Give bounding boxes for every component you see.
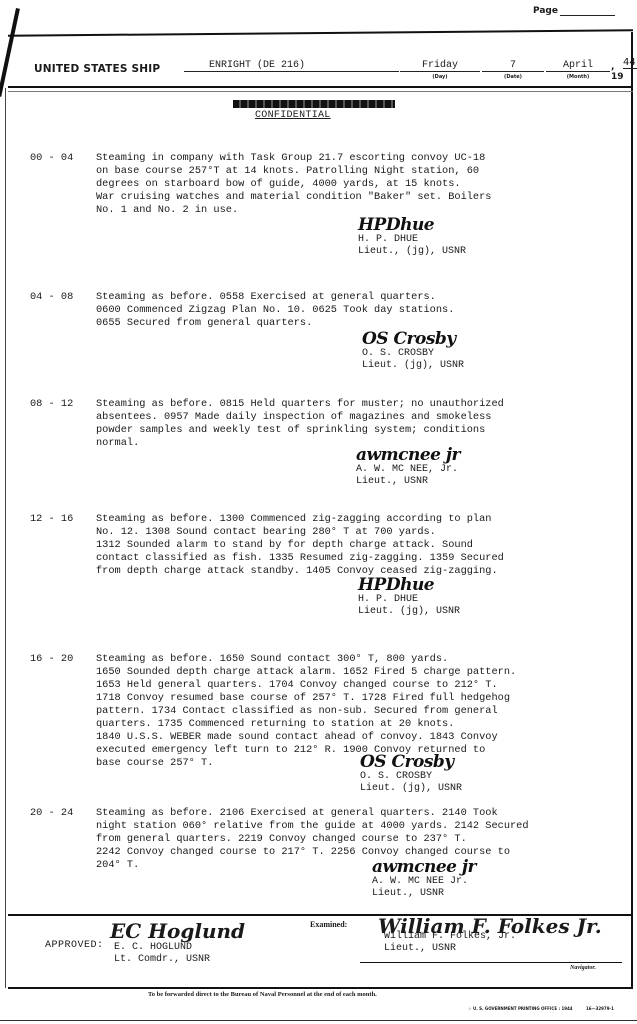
examined-signature: William F. Folkes Jr. William F. Folkes,… xyxy=(378,915,602,955)
watch-period: 12 - 16 xyxy=(30,513,92,526)
month-caption: (Month) xyxy=(546,74,610,80)
entry-text: Steaming as before. 2106 Exercised at ge… xyxy=(96,807,637,872)
year-field: 44 xyxy=(623,57,637,69)
signature-scrawl: awmcnee jr xyxy=(356,446,460,464)
watch-period: 08 - 12 xyxy=(30,398,92,411)
forwarding-instruction: To be forwarded direct to the Bureau of … xyxy=(148,991,377,998)
signer-name: H. P. DHUE xyxy=(358,594,460,606)
signer-name: H. P. DHUE xyxy=(358,234,466,246)
officer-signature: awmcnee jr A. W. MC NEE, Jr. Lieut., USN… xyxy=(356,446,460,488)
signer-name: O. S. CROSBY xyxy=(362,348,464,360)
entry-text: Steaming as before. 1300 Commenced zig-z… xyxy=(96,513,637,578)
header-rule xyxy=(8,86,633,88)
frame-left-rule xyxy=(5,88,6,988)
binding-mark xyxy=(0,8,20,97)
page-bottom-rule xyxy=(0,1020,637,1021)
navigator-label: Navigator. xyxy=(570,965,596,971)
frame-top-rule xyxy=(8,29,633,36)
signer-rank: Lieut. (jg), USNR xyxy=(362,360,464,372)
form-number: 16—32979-1 xyxy=(586,1006,614,1011)
officer-signature: OS Crosby O. S. CROSBY Lieut. (jg), USNR xyxy=(362,330,464,372)
signer-rank: Lieut., USNR xyxy=(372,888,476,900)
signature-scrawl: OS Crosby xyxy=(362,330,464,348)
day-field: Friday xyxy=(400,60,480,72)
officer-signature: HPDhue H. P. DHUE Lieut., (jg), USNR xyxy=(358,216,466,258)
date-caption: (Date) xyxy=(482,74,544,80)
month-field: April xyxy=(546,60,610,72)
approved-signature: EC Hoglund E. C. HOGLUND Lt. Comdr., USN… xyxy=(110,920,245,966)
officer-signature: OS Crosby O. S. CROSBY Lieut. (jg), USNR xyxy=(360,753,462,795)
entry-text: Steaming as before. 0815 Held quarters f… xyxy=(96,398,637,450)
watch-period: 00 - 04 xyxy=(30,152,92,165)
approved-scrawl: EC Hoglund xyxy=(110,920,245,942)
page-number-field xyxy=(560,6,615,16)
officer-signature: HPDhue H. P. DHUE Lieut. (jg), USNR xyxy=(358,576,460,618)
header-rule-thin xyxy=(8,91,633,92)
signature-scrawl: OS Crosby xyxy=(360,753,462,771)
examined-rank: Lieut., USNR xyxy=(378,943,602,955)
signature-scrawl: HPDhue xyxy=(358,216,466,234)
approved-name: E. C. HOGLUND xyxy=(110,942,245,954)
watch-period: 20 - 24 xyxy=(30,807,92,820)
printing-office-note: ☆ U. S. GOVERNMENT PRINTING OFFICE : 194… xyxy=(468,1006,573,1011)
signer-rank: Lieut., (jg), USNR xyxy=(358,246,466,258)
footer-rule-bottom xyxy=(8,987,633,989)
signer-rank: Lieut. (jg), USNR xyxy=(360,783,462,795)
classification-text: CONFIDENTIAL xyxy=(255,110,331,121)
signature-scrawl: awmcnee jr xyxy=(372,858,476,876)
signer-rank: Lieut. (jg), USNR xyxy=(358,606,460,618)
signer-name: O. S. CROSBY xyxy=(360,771,462,783)
examined-label: Examined: xyxy=(310,920,347,929)
page-label: Page xyxy=(533,6,558,16)
watch-period: 16 - 20 xyxy=(30,653,92,666)
signer-name: A. W. MC NEE, Jr. xyxy=(356,464,460,476)
entry-text: Steaming as before. 0558 Exercised at ge… xyxy=(96,291,637,330)
signature-scrawl: HPDhue xyxy=(358,576,460,594)
date-field: 7 xyxy=(482,60,544,72)
signer-rank: Lieut., USNR xyxy=(356,476,460,488)
approved-rank: Lt. Comdr., USNR xyxy=(110,954,245,966)
entry-text: Steaming in company with Task Group 21.7… xyxy=(96,152,637,217)
approved-label: APPROVED: xyxy=(45,940,104,951)
watch-period: 04 - 08 xyxy=(30,291,92,304)
officer-signature: awmcnee jr A. W. MC NEE Jr. Lieut., USNR xyxy=(372,858,476,900)
ship-name: ENRIGHT (DE 216) xyxy=(184,60,399,72)
redacted-classification xyxy=(233,100,395,108)
classification-label: CONFIDENTIAL xyxy=(255,110,331,121)
ship-label: UNITED STATES SHIP xyxy=(34,63,160,75)
page-number: Page xyxy=(533,6,615,16)
navigator-rule xyxy=(360,962,622,963)
signer-name: A. W. MC NEE Jr. xyxy=(372,876,476,888)
day-caption: (Day) xyxy=(400,74,480,80)
